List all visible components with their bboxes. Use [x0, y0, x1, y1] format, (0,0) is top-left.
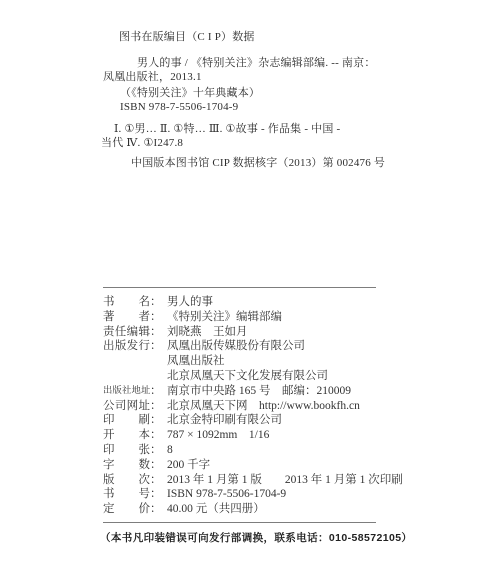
row-value: 南京市中央路 165 号 邮编：210009 — [160, 385, 351, 397]
cip-line-classification: 当代 Ⅳ. ①I247.8 — [101, 136, 413, 150]
colophon-row-website: 公司网址：北京凤凰天下网 http://www.bookfh.cn — [103, 399, 433, 414]
row-label: 印张 — [103, 443, 150, 458]
row-value: 北京金特印刷有限公司 — [160, 414, 282, 426]
row-label: 责任编辑 — [103, 325, 150, 340]
cip-line-title-statement: 男人的事 / 《特别关注》杂志编辑部编. -- 南京： — [137, 56, 413, 70]
row-label: 开本 — [103, 428, 150, 443]
colophon-row-sheets: 印张：8 — [103, 443, 433, 458]
cip-block: 图书在版编目（C I P）数据 男人的事 / 《特别关注》杂志编辑部编. -- … — [103, 30, 413, 170]
row-value: 北京凤凰天下网 http://www.bookfh.cn — [160, 400, 360, 412]
row-colon: ： — [150, 473, 160, 488]
row-value: 8 — [160, 444, 173, 456]
colophon-block: 书名：男人的事 著者：《特别关注》编辑部编 责任编辑：刘晓燕 王如月 出版发行：… — [103, 295, 433, 517]
colophon-row-editors: 责任编辑：刘晓燕 王如月 — [103, 325, 433, 340]
cip-record-number: 中国版本图书馆 CIP 数据核字（2013）第 002476 号 — [131, 156, 413, 170]
cip-line-publisher: 凤凰出版社，2013.1 — [103, 70, 413, 84]
row-value: 《特别关注》编辑部编 — [160, 311, 282, 323]
row-colon: ： — [150, 310, 160, 325]
colophon-row-publisher-cont2: 北京凤凰天下文化发展有限公司 — [103, 369, 433, 384]
colophon-row-format: 开本：787 × 1092mm 1/16 — [103, 428, 433, 443]
row-value: 凤凰出版社 — [160, 355, 225, 367]
row-value: 2013 年 1 月第 1 版 2013 年 1 月第 1 次印刷 — [160, 474, 403, 486]
cip-line-isbn: ISBN 978-7-5506-1704-9 — [120, 100, 413, 114]
row-colon: ： — [150, 458, 160, 473]
colophon-row-book-title: 书名：男人的事 — [103, 295, 433, 310]
row-colon: ： — [150, 325, 160, 340]
errata-notice: （本书凡印装错误可向发行部调换，联系电话：010-58572105） — [100, 530, 412, 545]
colophon-row-printer: 印刷：北京金特印刷有限公司 — [103, 413, 433, 428]
colophon-row-wordcount: 字数：200 千字 — [103, 458, 433, 473]
row-value: 40.00 元（共四册） — [160, 503, 265, 515]
colophon-row-edition: 版次：2013 年 1 月第 1 版 2013 年 1 月第 1 次印刷 — [103, 473, 433, 488]
colophon-row-publisher-cont: 凤凰出版社 — [103, 354, 433, 369]
row-colon: ： — [150, 428, 160, 443]
row-value: ISBN 978-7-5506-1704-9 — [160, 488, 286, 500]
row-value: 200 千字 — [160, 459, 210, 471]
row-label: 印刷 — [103, 413, 150, 428]
colophon-row-isbn: 书号：ISBN 978-7-5506-1704-9 — [103, 487, 433, 502]
colophon-row-author: 著者：《特别关注》编辑部编 — [103, 310, 433, 325]
row-label: 定价 — [103, 502, 150, 517]
cip-header: 图书在版编目（C I P）数据 — [119, 30, 413, 44]
colophon-row-publisher: 出版发行：凤凰出版传媒股份有限公司 — [103, 339, 433, 354]
row-label: 书名 — [103, 295, 150, 310]
row-colon: ： — [150, 384, 160, 399]
row-label: 出版社地址 — [103, 384, 150, 399]
cip-line-series: （《特别关注》十年典藏本） — [120, 86, 413, 100]
copyright-page: 图书在版编目（C I P）数据 男人的事 / 《特别关注》杂志编辑部编. -- … — [0, 0, 480, 580]
row-label: 公司网址 — [103, 399, 150, 414]
row-label: 字数 — [103, 458, 150, 473]
row-value: 刘晓燕 王如月 — [160, 326, 248, 338]
row-colon: ： — [150, 487, 160, 502]
colophon-row-address: 出版社地址：南京市中央路 165 号 邮编：210009 — [103, 384, 433, 399]
divider-bottom — [103, 522, 376, 523]
row-label: 书号 — [103, 487, 150, 502]
row-label: 版次 — [103, 473, 150, 488]
row-label: 出版发行 — [103, 339, 150, 354]
row-label: 著者 — [103, 310, 150, 325]
row-value: 凤凰出版传媒股份有限公司 — [160, 340, 305, 352]
row-colon: ： — [150, 399, 160, 414]
cip-line-subjects: Ⅰ. ①男… Ⅱ. ①特… Ⅲ. ①故事 - 作品集 - 中国 - — [114, 122, 413, 136]
row-colon: ： — [150, 295, 160, 310]
row-colon: ： — [150, 502, 160, 517]
row-value: 787 × 1092mm 1/16 — [160, 429, 269, 441]
row-value: 北京凤凰天下文化发展有限公司 — [160, 370, 328, 382]
row-value: 男人的事 — [160, 296, 213, 308]
row-colon: ： — [150, 443, 160, 458]
row-colon: ： — [150, 413, 160, 428]
divider-top — [103, 287, 376, 288]
row-colon: ： — [150, 339, 160, 354]
colophon-row-price: 定价：40.00 元（共四册） — [103, 502, 433, 517]
